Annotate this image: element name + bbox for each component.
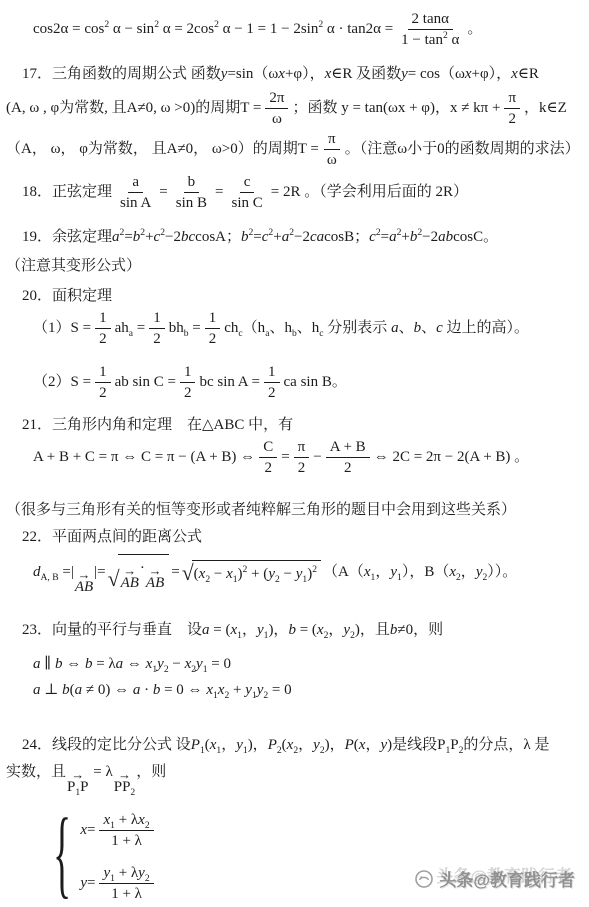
fraction-numerator: 1 — [264, 363, 280, 383]
item-18-sine-rule: 18．正弦定理asin A=bsin B=csin C= 2R 。（学会利用后面… — [0, 173, 583, 212]
item-24-heading: 24．线段的定比分公式 设P1(x1，y1)，P2(x2，y2)，P(x，y)是… — [0, 734, 583, 757]
fraction-denominator: 2 — [205, 329, 221, 348]
vector-arrow-icon: → — [78, 570, 91, 579]
math-txt: = — [381, 229, 389, 245]
math-txt: ， — [328, 622, 343, 638]
item-17-line3: （A， ω， φ为常数， 且A≠0， ω>0）的周期T =πω。（注意ω小于0的… — [0, 130, 583, 169]
fraction-numerator: 1 — [149, 309, 165, 329]
math-frac: x1 + λx21 + λ — [99, 811, 153, 850]
fraction-numerator: x1 + λx2 — [99, 811, 153, 831]
system-rows: x =x1 + λx21 + λy =y1 + λy21 + λ — [80, 811, 157, 903]
math-it: c — [369, 229, 376, 245]
math-frac: 12 — [95, 309, 111, 348]
math-it: d — [33, 564, 41, 580]
math-txt: |= — [94, 564, 105, 580]
math-txt: （A（ — [323, 564, 364, 580]
math-txt: −2 — [165, 229, 181, 245]
math-txt: ， — [365, 737, 380, 753]
math-txt: 2 — [268, 385, 276, 401]
math-txt: ， — [242, 622, 257, 638]
math-txt: b — [188, 174, 196, 190]
math-txt: α = 2cos — [159, 21, 214, 37]
fraction-numerator: π — [294, 438, 310, 458]
fraction-numerator: a — [128, 173, 143, 193]
math-txt: (A, ω , φ为常数, 且A≠0, ω >0)的周期T = — [6, 99, 261, 115]
math-txt: α − sin — [109, 21, 154, 37]
math-txt: = ( — [296, 622, 317, 638]
math-frac: 12 — [149, 309, 165, 348]
fraction-denominator: sin C — [227, 193, 266, 212]
math-txt: = 0 — [268, 682, 291, 698]
math-txt: ∈R — [518, 66, 539, 82]
math-frac: 12 — [95, 363, 111, 402]
math-it: b — [288, 622, 296, 638]
math-txt: )，且 — [355, 622, 390, 638]
item-17-heading: 17．三角函数的周期公式 函数y=sin（ωx+φ），x∈R 及函数y= cos… — [0, 63, 583, 86]
fraction-denominator: ω — [268, 109, 286, 128]
math-txt: sin A — [120, 195, 151, 211]
math-txt: ⊥ — [41, 682, 63, 698]
math-it: bc — [181, 229, 195, 245]
math-frac: 2 tanα1 − tan2 α — [397, 10, 463, 49]
item-19-cosine-rule: 19．余弦定理a2=b2+c2−2bccosA；b2=c2+a2−2cacosB… — [0, 226, 583, 249]
math-txt: ab sin C = — [115, 374, 176, 390]
watermark: 头条@教育践行者 — [414, 866, 575, 891]
math-sup: 2 — [312, 564, 317, 575]
math-it: x — [138, 812, 145, 828]
math-txt: 1 — [209, 310, 217, 326]
fraction-denominator: 2 — [340, 458, 356, 477]
fraction-numerator: C — [259, 438, 277, 458]
math-it: x — [278, 66, 285, 82]
math-txt: ，则 — [136, 764, 166, 780]
item-21-note: （很多与三角形有关的恒等变形或者纯粹解三角形的题目中会用到这些关系） — [0, 499, 583, 522]
math-txt: + λ — [115, 865, 138, 881]
fraction-denominator: 2 — [294, 458, 310, 477]
math-frac: y1 + λy21 + λ — [99, 864, 153, 903]
math-it: x — [449, 564, 456, 580]
formula-cos-double-angle: cos2α = cos2 α − sin2 α = 2cos2 α − 1 = … — [0, 10, 583, 49]
math-txt: ⇔ — [123, 656, 146, 672]
math-txt: = ( — [210, 622, 231, 638]
system-brace: { — [53, 807, 71, 906]
math-txt: （注意其变形公式） — [6, 258, 141, 274]
math-sub: A, B — [41, 572, 59, 583]
fraction-numerator: 1 — [95, 363, 111, 383]
fraction-numerator: 1 — [205, 309, 221, 329]
math-txt: 21．三角形内角和定理 在△ABC 中，有 — [22, 417, 293, 433]
fraction-numerator: y1 + λy2 — [99, 864, 153, 884]
watermark-text: 头条@教育践行者 — [439, 866, 575, 891]
math-txt: =sin（ω — [227, 66, 278, 82]
system-row: y =y1 + λy21 + λ — [80, 864, 157, 903]
math-txt: −2 — [294, 229, 310, 245]
math-frac: csin C — [227, 173, 266, 212]
math-txt: π — [328, 131, 336, 147]
vector-body: P1P — [67, 779, 88, 796]
math-txt: （2）S = — [33, 374, 91, 390]
math-txt: ））。 — [487, 564, 517, 580]
math-txt: 1 + λ — [111, 886, 142, 902]
item-23-perpendicular: a ⊥ b(a ≠ 0) ⇔ a · b = 0 ⇔ x1x2 + y1y2 =… — [0, 679, 583, 702]
math-txt: 23．向量的平行与垂直 设 — [22, 622, 202, 638]
math-txt: ch — [224, 320, 238, 336]
fraction-denominator: 1 + λ — [107, 884, 146, 903]
math-txt: 实数，且 — [6, 764, 66, 780]
math-it: y — [268, 566, 275, 582]
math-txt: bh — [169, 320, 184, 336]
math-txt: A + B — [330, 439, 366, 455]
math-txt: )， — [325, 737, 345, 753]
item-17-line2: (A, ω , φ为常数, 且A≠0, ω >0)的周期T =2πω；函数 y … — [0, 89, 583, 128]
math-sub: 2 — [145, 873, 150, 884]
math-txt: = λ — [92, 656, 115, 672]
formula-document: cos2α = cos2 α − sin2 α = 2cos2 α − 1 = … — [0, 0, 589, 903]
math-txt: （h — [243, 320, 266, 336]
math-it: a — [112, 229, 120, 245]
item-24-line2: 实数，且→P1P = λ→PP2，则 — [0, 761, 583, 796]
math-it: y — [401, 66, 408, 82]
math-it: x — [206, 682, 213, 698]
math-txt: + ( — [247, 566, 268, 582]
math-txt: ah — [115, 320, 129, 336]
system-row: x =x1 + λx21 + λ — [80, 811, 157, 850]
math-txt: ⇔ — [62, 656, 85, 672]
math-txt: sin C — [231, 195, 262, 211]
math-txt: − — [169, 656, 185, 672]
item-22-formula: dA, B =|→AB|=√→AB·→AB=√(x2 − x1)2 + (y2 … — [0, 554, 583, 596]
math-txt: α − 1 = 1 − 2sin — [219, 21, 319, 37]
item-20-area-2: （2）S =12ab sin C =12bc sin A =12ca sin B… — [0, 363, 583, 402]
math-txt: PP — [114, 779, 131, 795]
math-frac: C2 — [259, 438, 277, 477]
math-txt: ， — [375, 564, 390, 580]
math-txt: ，k∈Z — [524, 99, 567, 115]
math-it: x — [317, 622, 324, 638]
math-txt: ≠ 0) ⇔ — [82, 682, 133, 698]
math-txt: 、h — [269, 320, 292, 336]
fraction-denominator: 2 — [149, 329, 165, 348]
fraction-denominator: 2 — [505, 109, 521, 128]
math-txt: 2 — [344, 460, 352, 476]
math-txt: 20．面积定理 — [22, 288, 112, 304]
math-txt: = 2R 。（学会利用后面的 2R） — [271, 183, 468, 199]
math-txt: C — [263, 439, 273, 455]
radicand: (x2 − x1)2 + (y2 − y1)2 — [192, 560, 321, 586]
math-it: y — [245, 682, 252, 698]
math-txt: + — [145, 229, 153, 245]
fraction-denominator: ω — [323, 150, 341, 169]
math-txt: ω — [327, 152, 337, 168]
math-txt: 2 tanα — [412, 11, 449, 27]
math-it: x — [226, 566, 233, 582]
math-it: y — [390, 564, 397, 580]
math-txt: = — [159, 183, 167, 199]
math-txt: 1 — [99, 310, 107, 326]
item-23-heading: 23．向量的平行与垂直 设a = (x1，y1)，b = (x2，y2)，且b≠… — [0, 619, 583, 642]
math-txt: = 0 ⇔ — [160, 682, 206, 698]
math-txt: )， — [268, 622, 288, 638]
fraction-denominator: 2 — [95, 329, 111, 348]
math-txt: − — [280, 566, 296, 582]
math-txt: = — [87, 819, 95, 842]
math-txt: =| — [59, 564, 74, 580]
math-txt: = λ — [90, 764, 113, 780]
math-it: a — [33, 682, 41, 698]
math-sub: 2 — [145, 820, 150, 831]
math-txt: = 0 — [208, 656, 231, 672]
math-it: x — [364, 564, 371, 580]
math-txt: 24．线段的定比分公式 设 — [22, 737, 191, 753]
item-21-formula: A + B + C = π ⇔ C = π − (A + B) ⇔C2=π2−A… — [0, 438, 583, 477]
math-it: y — [157, 656, 164, 672]
math-txt: ω — [272, 111, 282, 127]
math-it: P — [268, 737, 277, 753]
math-vec: →P1P — [67, 770, 88, 796]
math-frac: 12 — [180, 363, 196, 402]
math-txt: = — [133, 320, 145, 336]
math-txt: 19．余弦定理 — [22, 229, 112, 245]
radicand: →AB·→AB — [118, 554, 170, 592]
math-txt: − — [313, 448, 321, 464]
math-txt: = — [171, 564, 179, 580]
math-txt: （1）S = — [33, 320, 91, 336]
math-it: a — [389, 229, 397, 245]
math-txt: +φ）， — [472, 66, 512, 82]
math-frac: 12 — [205, 309, 221, 348]
item-19-note: （注意其变形公式） — [0, 255, 583, 278]
math-txt: 边上的高）。 — [443, 320, 529, 336]
math-txt: （A， ω， φ为常数， 且A≠0， ω>0）的周期T = — [6, 140, 319, 156]
math-txt: = — [87, 872, 95, 895]
fraction-denominator: 2 — [180, 383, 196, 402]
math-it: AB — [121, 575, 139, 591]
math-system: {x =x1 + λx21 + λy =y1 + λy21 + λ — [54, 811, 158, 903]
item-20-area-1: （1）S =12aha =12bhb =12chc（ha、hb、hc 分别表示 … — [0, 309, 583, 348]
math-frac: 12 — [264, 363, 280, 402]
item-21-heading: 21．三角形内角和定理 在△ABC 中，有 — [0, 414, 583, 437]
math-txt: 1 — [153, 310, 161, 326]
item-23-parallel: a ∥ b ⇔ b = λa ⇔ x1y2 − x2y1 = 0 — [0, 653, 583, 676]
math-vec: →AB — [121, 566, 139, 592]
math-it: ca — [310, 229, 324, 245]
math-txt: ∥ — [41, 656, 55, 672]
math-txt: cosA； — [195, 229, 241, 245]
math-txt: −2 — [422, 229, 438, 245]
math-txt: 2 — [509, 111, 517, 127]
math-it: P — [345, 737, 354, 753]
math-txt: +φ）， — [285, 66, 325, 82]
fraction-denominator: 2 — [260, 458, 276, 477]
math-sqrt: √→AB·→AB — [108, 554, 170, 592]
math-vec: →AB — [75, 570, 93, 596]
math-txt: c — [244, 174, 251, 190]
math-txt: 、h — [297, 320, 320, 336]
vector-arrow-icon: → — [71, 770, 84, 779]
fraction-denominator: 1 − tan2 α — [397, 30, 463, 49]
math-txt: cosC。 — [453, 229, 498, 245]
math-txt: a — [132, 174, 139, 190]
math-txt: + — [229, 682, 245, 698]
math-it: y — [257, 622, 264, 638]
vector-body: PP2 — [114, 779, 135, 796]
math-txt: 2 — [184, 385, 192, 401]
vector-body: AB — [121, 575, 139, 592]
vector-arrow-icon: → — [123, 566, 136, 575]
math-it: y — [80, 872, 87, 895]
math-it: c — [436, 320, 443, 336]
math-txt: )， — [248, 737, 268, 753]
math-txt: ， — [298, 737, 313, 753]
fraction-numerator: 1 — [95, 309, 111, 329]
math-txt: 1 — [268, 364, 276, 380]
math-txt: + — [401, 229, 409, 245]
math-txt: （很多与三角形有关的恒等变形或者纯粹解三角形的题目中会用到这些关系） — [6, 502, 516, 518]
math-it: b — [62, 682, 70, 698]
math-txt: ca sin B。 — [284, 374, 347, 390]
math-txt: 2 — [153, 331, 161, 347]
math-txt: 的分点，λ 是 — [463, 737, 549, 753]
math-txt: 分别表示 — [324, 320, 392, 336]
math-txt: = — [189, 320, 201, 336]
math-txt: P — [450, 737, 458, 753]
math-txt: ），B（ — [402, 564, 450, 580]
math-it: P — [191, 737, 200, 753]
math-it: a — [33, 656, 41, 672]
fraction-numerator: π — [504, 89, 520, 109]
fraction-denominator: sin A — [116, 193, 155, 212]
fraction-numerator: 2π — [265, 89, 288, 109]
math-it: ab — [438, 229, 453, 245]
math-txt: 。（注意ω小于0的函数周期的求法） — [345, 140, 580, 156]
math-txt: · — [140, 682, 153, 698]
math-txt: 、 — [421, 320, 436, 336]
math-frac: bsin B — [172, 173, 211, 212]
math-txt: A + B + C = π ⇔ C = π − (A + B) ⇔ — [33, 448, 255, 464]
math-txt: ≠0，则 — [397, 622, 443, 638]
math-txt: 18．正弦定理 — [22, 183, 112, 199]
math-txt: α — [448, 32, 460, 48]
math-it: a — [202, 622, 210, 638]
math-txt: 2 — [298, 460, 306, 476]
math-sqrt: √(x2 − x1)2 + (y2 − y1)2 — [182, 560, 321, 586]
math-txt: − — [210, 566, 226, 582]
fraction-numerator: π — [324, 130, 340, 150]
math-txt: π — [508, 90, 516, 106]
math-txt: 2 — [99, 331, 107, 347]
math-txt: 1 — [99, 364, 107, 380]
document-page: cos2α = cos2 α − sin2 α = 2cos2 α − 1 = … — [0, 0, 589, 903]
math-it: y — [313, 737, 320, 753]
math-txt: α · tan2α = — [323, 21, 393, 37]
fraction-numerator: 2 tanα — [408, 10, 453, 30]
item-22-heading: 22．平面两点间的距离公式 — [0, 526, 583, 549]
math-it: x — [80, 819, 87, 842]
vector-body: AB — [146, 575, 164, 592]
item-20-heading: 20．面积定理 — [0, 285, 583, 308]
fraction-numerator: b — [184, 173, 200, 193]
math-txt: 、 — [399, 320, 414, 336]
math-txt: sin B — [176, 195, 207, 211]
vector-body: AB — [75, 579, 93, 596]
math-txt: = — [253, 229, 261, 245]
math-txt: + — [273, 229, 281, 245]
vector-arrow-icon: → — [118, 770, 131, 779]
math-txt: 2 — [209, 331, 217, 347]
math-txt: 2 — [264, 460, 272, 476]
math-txt: 2 — [99, 385, 107, 401]
math-frac: asin A — [116, 173, 155, 212]
math-it: a — [75, 682, 83, 698]
math-it: AB — [75, 579, 93, 595]
math-txt: 17．三角函数的周期公式 函数 — [22, 66, 221, 82]
math-txt: ；函数 y = tan(ωx + φ)，x ≠ kπ + — [292, 99, 500, 115]
math-it: y — [196, 656, 203, 672]
math-frac: A + B2 — [326, 438, 370, 477]
fraction-denominator: sin B — [172, 193, 211, 212]
toutiao-logo-icon — [414, 869, 434, 889]
math-txt: ⇔ 2C = 2π − 2(A + B) 。 — [374, 448, 529, 464]
math-vec: →PP2 — [114, 770, 135, 796]
math-txt: = — [281, 448, 289, 464]
math-frac: πω — [323, 130, 341, 169]
math-txt: P — [80, 779, 88, 795]
fraction-numerator: A + B — [326, 438, 370, 458]
math-txt: 2π — [269, 90, 284, 106]
math-txt: 。 — [467, 21, 482, 37]
fraction-numerator: c — [240, 173, 255, 193]
math-txt: 22．平面两点间的距离公式 — [22, 529, 202, 545]
fraction-denominator: 2 — [95, 383, 111, 402]
math-frac: π2 — [294, 438, 310, 477]
math-txt: π — [298, 439, 306, 455]
math-it: y — [138, 865, 145, 881]
math-txt: + λ — [115, 812, 138, 828]
math-txt: · — [140, 560, 145, 576]
math-it: x — [511, 66, 518, 82]
math-frac: 2πω — [265, 89, 288, 128]
math-it: y — [236, 737, 243, 753]
math-txt: )是线段P — [387, 737, 445, 753]
math-txt: 1 + λ — [111, 833, 142, 849]
math-txt: bc sin A = — [199, 374, 260, 390]
math-txt: = — [215, 183, 223, 199]
math-it: AB — [146, 575, 164, 591]
fraction-denominator: 2 — [264, 383, 280, 402]
math-txt: 1 — [184, 364, 192, 380]
math-txt: cosB； — [324, 229, 369, 245]
math-it: b — [414, 320, 422, 336]
math-txt: ， — [221, 737, 236, 753]
math-sub: 2 — [130, 787, 135, 798]
math-txt: ， — [461, 564, 476, 580]
math-txt: cos2α = cos — [33, 21, 104, 37]
fraction-numerator: 1 — [180, 363, 196, 383]
math-txt: ∈R 及函数 — [331, 66, 401, 82]
vector-arrow-icon: → — [149, 566, 162, 575]
math-it: x — [465, 66, 472, 82]
math-it: a — [391, 320, 399, 336]
fraction-denominator: 1 + λ — [107, 831, 146, 850]
math-txt: 1 − tan — [401, 32, 443, 48]
math-txt: = — [124, 229, 132, 245]
math-frac: π2 — [504, 89, 520, 128]
math-txt: = cos（ω — [408, 66, 465, 82]
math-vec: →AB — [146, 566, 164, 592]
